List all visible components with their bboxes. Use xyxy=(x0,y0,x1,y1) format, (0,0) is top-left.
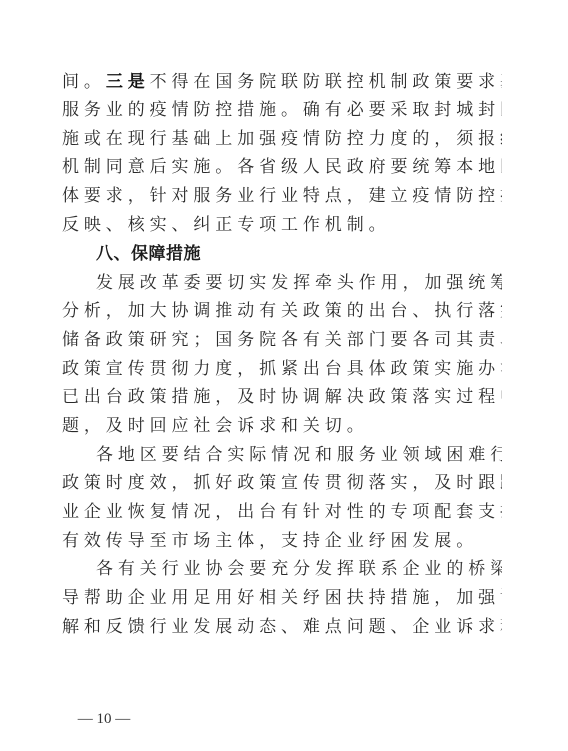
text-line: 反映、核实、纠正专项工作机制。 xyxy=(62,211,502,240)
bold-lead-in: 三是 xyxy=(106,72,150,92)
paragraph-3-line: 各有关行业协会要充分发挥联系企业的桥梁和纽带作用，指 xyxy=(96,555,502,584)
text-line: 间。三是不得在国务院联防联控机制政策要求基础上擅自增加对 xyxy=(62,68,502,97)
text-line: 服务业的疫情防控措施。确有必要采取封城封区、中断交通等措 xyxy=(62,96,502,125)
text-line: 体要求，针对服务业行业特点，建立疫情防控措施层层加码问题 xyxy=(62,182,502,211)
text-rest: 不得在国务院联防联控机制政策要求基础上擅自增加对 xyxy=(150,72,502,92)
paragraph-2-line: 政策时度效，抓好政策宣传贯彻落实，及时跟踪研判相关困难行 xyxy=(62,469,502,498)
section-heading: 八、保障措施 xyxy=(96,240,201,269)
paragraph-1-line: 已出台政策措施，及时协调解决政策落实过程中的难点、堵点问 xyxy=(62,383,502,412)
paragraph-1-line: 题，及时回应社会诉求和关切。 xyxy=(62,412,502,441)
paragraph-1-line: 分析，加大协调推动有关政策的出台、执行落实工作力度，强化 xyxy=(62,297,502,326)
paragraph-1-line: 发展改革委要切实发挥牵头作用，加强统筹协调，做好形势 xyxy=(96,269,502,298)
paragraph-2-line: 各地区要结合实际情况和服务业领域困难行业特点，把握好 xyxy=(96,441,502,470)
paragraph-1-line: 政策宣传贯彻力度，抓紧出台具体政策实施办法，及时跟进解读 xyxy=(62,355,502,384)
paragraph-1-line: 储备政策研究；国务院各有关部门要各司其责、加强配合，加大 xyxy=(62,326,502,355)
paragraph-2-line: 业企业恢复情况，出台有针对性的专项配套支持政策，确保政策 xyxy=(62,498,502,527)
text-prefix: 间。 xyxy=(62,72,106,92)
page-number: — 10 — xyxy=(72,707,136,731)
text-line: 机制同意后实施。各省级人民政府要统筹本地区疫情防控措施总 xyxy=(62,153,502,182)
text-line: 施或在现行基础上加强疫情防控力度的，须报经国务院联防联控 xyxy=(62,125,502,154)
paragraph-3-line: 导帮助企业用足用好相关纾困扶持措施，加强调查研究，及时了 xyxy=(62,584,502,613)
document-page: 间。三是不得在国务院联防联控机制政策要求基础上擅自增加对 服务业的疫情防控措施。… xyxy=(0,0,568,751)
paragraph-3-line: 解和反馈行业发展动态、难点问题、企业诉求和政策落实情况。 xyxy=(62,613,502,642)
paragraph-2-line: 有效传导至市场主体，支持企业纾困发展。 xyxy=(62,527,502,556)
